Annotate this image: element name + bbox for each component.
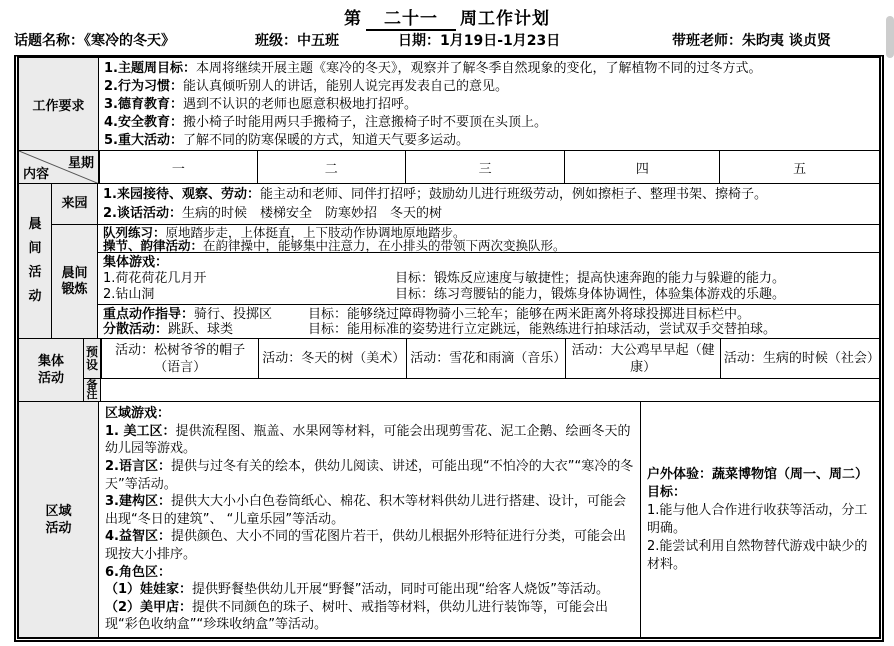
area-item: 1. 美工区：提供流程图、瓶盖、水果网等材料，可能会出现剪雪花、泥工企鹅、绘画冬… <box>105 423 634 458</box>
day-header-row: 星期 内容 一 二 三 四 五 <box>19 151 879 184</box>
weekly-plan-table: 工作要求 1.主题周目标：本周将继续开展主题《寒冷的冬天》，观察并了解冬季自然现… <box>14 55 884 642</box>
group-games-title: 集体游戏： <box>103 255 874 271</box>
work-requirements-row: 工作要求 1.主题周目标：本周将继续开展主题《寒冷的冬天》，观察并了解冬季自然现… <box>19 58 879 151</box>
day-header-fri: 五 <box>719 151 879 183</box>
arrival-item: 2.谈话活动：生病的时候 楼梯安全 防寒妙招 冬天的树 <box>103 204 874 223</box>
activity-wed: 活动：雪花和雨滴（音乐） <box>406 339 565 378</box>
corner-content-label: 内容 <box>23 163 49 182</box>
work-req-item: 3.德育教育：遇到不认识的老师也愿意积极地打招呼。 <box>104 96 874 114</box>
drill-block: 队列练习：原地踏步走，上体挺直，上下肢动作协调地原地踏步。 操节、韵律活动：在韵… <box>98 225 879 253</box>
activity-tue: 活动：冬天的树（美术） <box>258 339 406 378</box>
work-req-item: 1.主题周目标：本周将继续开展主题《寒冷的冬天》，观察并了解冬季自然现象的变化，… <box>104 60 874 78</box>
weekday-content-corner-cell: 星期 内容 <box>19 151 99 183</box>
outdoor-title: 户外体验：蔬菜博物馆（周一、周二） <box>647 466 873 484</box>
preset-row: 预设 活动：松树爷爷的帽子（语言） 活动：冬天的树（美术） 活动：雪花和雨滴（音… <box>84 339 879 379</box>
area-item: 6.角色区： <box>105 564 634 582</box>
outdoor-experience-cell: 户外体验：蔬菜博物馆（周一、周二） 目标： 1.能与他人合作进行收获等活动，分工… <box>640 402 879 637</box>
activity-thu: 活动：大公鸡早早起（健康） <box>565 339 719 378</box>
group-activity-label: 集体活动 <box>19 339 84 401</box>
activity-mon: 活动：松树爷爷的帽子（语言） <box>101 339 258 378</box>
work-req-item: 4.安全教育：搬小椅子时能用两只手搬椅子，注意搬椅子时不要顶在头顶上。 <box>104 114 874 132</box>
morning-activity-section: 晨间活动 来园 1.来园接待、观察、劳动：能主动和老师、同伴打招呼；鼓励幼儿进行… <box>19 184 879 339</box>
area-item: 4.益智区：提供颜色、大小不同的雪花图片若干，供幼儿根据外形特征进行分类，可能会… <box>105 528 634 563</box>
day-header-mon: 一 <box>99 151 257 183</box>
preset-label: 预设 <box>84 339 101 378</box>
focus-item: 分散活动：跳跃、球类目标：能用标准的姿势进行立定跳远，能熟练进行拍球活动，尝试双… <box>103 322 874 337</box>
outdoor-goal-item: 1.能与他人合作进行收获等活动，分工明确。 <box>647 502 873 538</box>
day-header-tue: 二 <box>257 151 405 183</box>
morning-activity-label: 晨间活动 <box>19 184 52 338</box>
morning-activity-body: 来园 1.来园接待、观察、劳动：能主动和老师、同伴打招呼；鼓励幼儿进行班级劳动，… <box>52 184 879 338</box>
focus-block: 重点动作指导：骑行、投掷区目标：能够绕过障碍物骑小三轮车；能够在两米距离外将球投… <box>98 305 879 338</box>
work-requirements-content: 1.主题周目标：本周将继续开展主题《寒冷的冬天》，观察并了解冬季自然现象的变化，… <box>99 58 879 150</box>
arrival-item: 1.来园接待、观察、劳动：能主动和老师、同伴打招呼；鼓励幼儿进行班级劳动，例如擦… <box>103 185 874 204</box>
group-activity-body: 预设 活动：松树爷爷的帽子（语言） 活动：冬天的树（美术） 活动：雪花和雨滴（音… <box>84 339 879 401</box>
drill-item: 操节、韵律活动：在韵律操中，能够集中注意力，在小排头的带领下两次变换队形。 <box>103 239 874 252</box>
corner-weekday-label: 星期 <box>68 152 94 171</box>
group-game-item: 1.荷花荷花几月开目标：锻炼反应速度与敏捷性；提高快速奔跑的能力与躲避的能力。 <box>103 271 874 287</box>
area-games-content: 区域游戏： 1. 美工区：提供流程图、瓶盖、水果网等材料，可能会出现剪雪花、泥工… <box>99 402 640 637</box>
area-activity-section: 区域活动 区域游戏： 1. 美工区：提供流程图、瓶盖、水果网等材料，可能会出现剪… <box>19 402 879 637</box>
outdoor-goal-item: 2.能尝试利用自然物替代游戏中缺少的材料。 <box>647 538 873 574</box>
page-title: 第二十一周工作计划 <box>0 4 894 31</box>
note-label: 备注 <box>84 379 101 401</box>
work-requirements-label: 工作要求 <box>19 58 99 150</box>
scrollbar-thumb[interactable] <box>886 16 894 58</box>
area-item: （1）娃娃家：提供野餐垫供幼儿开展“野餐”活动，同时可能出现“给客人烧饭”等活动… <box>105 581 634 599</box>
work-req-item: 2.行为习惯：能认真倾听别人的讲话，能别人说完再发表自己的意见。 <box>104 78 874 96</box>
arrival-content: 1.来园接待、观察、劳动：能主动和老师、同伴打招呼；鼓励幼儿进行班级劳动，例如擦… <box>98 184 879 224</box>
group-activity-section: 集体活动 预设 活动：松树爷爷的帽子（语言） 活动：冬天的树（美术） 活动：雪花… <box>19 339 879 402</box>
title-suffix: 周工作计划 <box>460 9 550 29</box>
teachers: 带班老师：朱昀夷 谈贞贤 <box>672 30 831 50</box>
day-header-thu: 四 <box>564 151 719 183</box>
morning-exercise-body: 队列练习：原地踏步走，上体挺直，上下肢动作协调地原地踏步。 操节、韵律活动：在韵… <box>98 225 879 338</box>
arrival-label: 来园 <box>52 184 98 224</box>
week-number: 二十一 <box>366 4 456 31</box>
date-range: 日期：1月19日-1月23日 <box>398 30 560 50</box>
note-row: 备注 <box>84 379 879 401</box>
area-item: （2）美甲店：提供不同颜色的珠子、树叶、戒指等材料，供幼儿进行装饰等，可能会出现… <box>105 599 634 634</box>
info-bar: 话题名称：《寒冷的冬天》 班级：中五班 日期：1月19日-1月23日 带班老师：… <box>0 30 894 52</box>
group-game-item: 2.钻山洞目标：练习弯腰钻的能力，锻炼身体协调性，体验集体游戏的乐趣。 <box>103 287 874 303</box>
area-games-title: 区域游戏： <box>105 405 634 423</box>
focus-item: 重点动作指导：骑行、投掷区目标：能够绕过障碍物骑小三轮车；能够在两米距离外将球投… <box>103 307 874 322</box>
arrival-row: 来园 1.来园接待、观察、劳动：能主动和老师、同伴打招呼；鼓励幼儿进行班级劳动，… <box>52 184 879 225</box>
morning-exercise-label: 晨间锻炼 <box>52 225 98 338</box>
title-prefix: 第 <box>344 9 362 29</box>
outdoor-goal-label: 目标： <box>647 484 873 502</box>
note-content <box>101 379 879 401</box>
morning-exercise-row: 晨间锻炼 队列练习：原地踏步走，上体挺直，上下肢动作协调地原地踏步。 操节、韵律… <box>52 225 879 338</box>
area-item: 2.语言区：提供与过冬有关的绘本，供幼儿阅读、讲述，可能出现“不怕冷的大衣”“寒… <box>105 458 634 493</box>
topic-name: 话题名称：《寒冷的冬天》 <box>14 30 175 50</box>
day-header-wed: 三 <box>405 151 565 183</box>
activity-fri: 活动：生病的时候（社会） <box>720 339 879 378</box>
class-name: 班级：中五班 <box>255 30 339 50</box>
area-activity-label: 区域活动 <box>19 402 99 637</box>
group-games-block: 集体游戏： 1.荷花荷花几月开目标：锻炼反应速度与敏捷性；提高快速奔跑的能力与躲… <box>98 253 879 305</box>
area-item: 3.建构区：提供大大小小白色卷筒纸心、棉花、积木等材料供幼儿进行搭建、设计，可能… <box>105 493 634 528</box>
work-req-item: 5.重大活动：了解不同的防寒保暖的方式，知道天气要多运动。 <box>104 132 874 150</box>
